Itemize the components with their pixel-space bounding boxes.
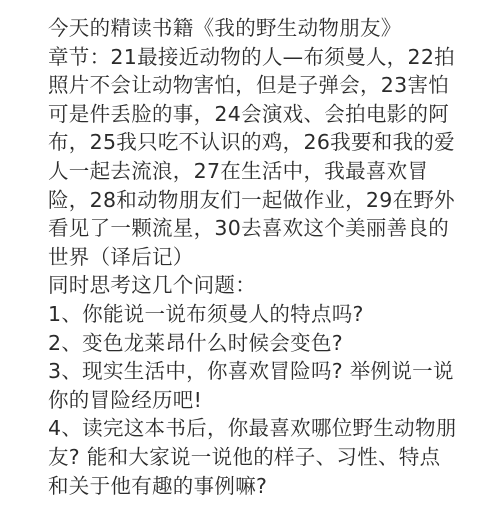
question-2: 2、变色龙莱昂什么时候会变色?	[48, 329, 468, 358]
question-4-cont: 友? 能和大家说一说他的样子、习性、特点	[48, 443, 468, 472]
chapters-line: 世界（译后记）	[48, 243, 468, 272]
questions-heading: 同时思考这几个问题：	[48, 271, 468, 300]
question-4: 4、读完这本书后，你最喜欢哪位野生动物朋	[48, 414, 468, 443]
question-1: 1、你能说一说布须曼人的特点吗?	[48, 300, 468, 329]
chapters-line: 险，28和动物朋友们一起做作业，29在野外	[48, 186, 468, 215]
document-text: 今天的精读书籍《我的野生动物朋友》 章节：21最接近动物的人—布须曼人，22拍 …	[48, 14, 468, 500]
book-title-line: 今天的精读书籍《我的野生动物朋友》	[48, 14, 468, 43]
question-3: 3、现实生活中，你喜欢冒险吗? 举例说一说	[48, 357, 468, 386]
chapters-line: 人一起去流浪，27在生活中，我最喜欢冒	[48, 157, 468, 186]
chapters-line: 章节：21最接近动物的人—布须曼人，22拍	[48, 43, 468, 72]
chapters-line: 布，25我只吃不认识的鸡，26我要和我的爱	[48, 128, 468, 157]
question-3-cont: 你的冒险经历吧!	[48, 386, 468, 415]
chapters-line: 照片不会让动物害怕，但是子弹会，23害怕	[48, 71, 468, 100]
chapters-line: 看见了一颗流星，30去喜欢这个美丽善良的	[48, 214, 468, 243]
chapters-line: 可是件丢脸的事，24会演戏、会拍电影的阿	[48, 100, 468, 129]
question-4-cont: 和关于他有趣的事例嘛?	[48, 472, 468, 501]
